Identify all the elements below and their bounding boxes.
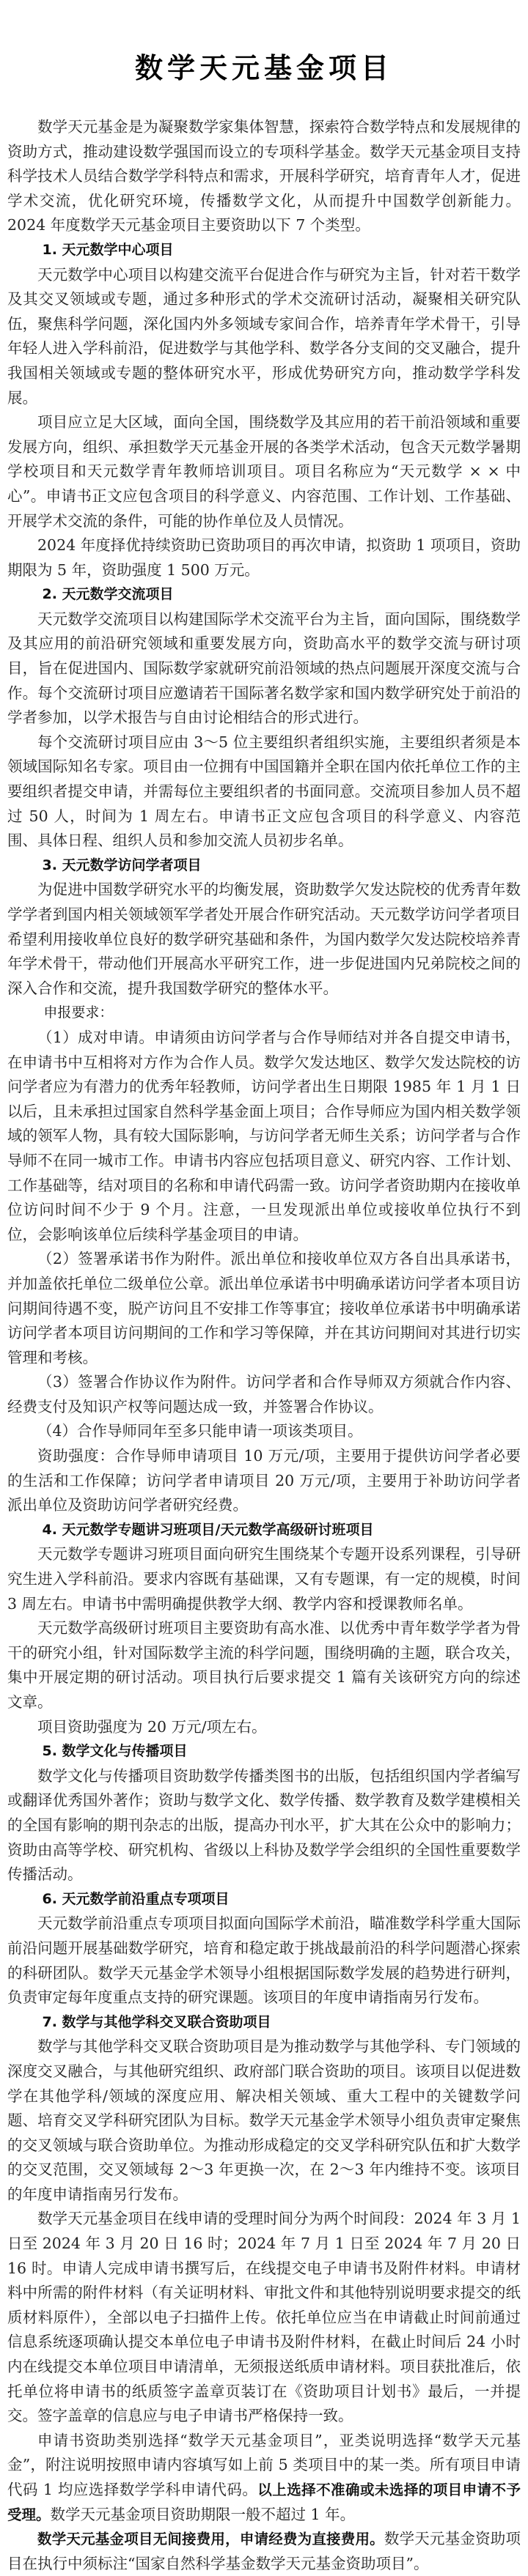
section-heading: 2. 天元数学交流项目: [7, 582, 521, 607]
section-heading: 1. 天元数学中心项目: [7, 238, 521, 263]
section-heading: 4. 天元数学专题讲习班项目/天元数学高级研讨班项目: [7, 1518, 521, 1543]
section-heading: 7. 数学与其他学科交叉联合资助项目: [7, 2010, 521, 2035]
section-paragraph: 数学与其他学科交叉联合资助项目是为推动数学与其他学科、专门领域的深度交叉融合，与…: [7, 2035, 521, 2207]
section-paragraph: 天元数学前沿重点专项项目拟面向国际学术前沿，瞄准数学科学重大国际前沿问题开展基础…: [7, 1911, 521, 2010]
application-period-paragraph: 数学天元基金项目在线申请的受理时间分为两个时间段：2024 年 3 月 1 日至…: [7, 2207, 521, 2428]
section-heading: 5. 数学文化与传播项目: [7, 1739, 521, 1764]
section-paragraph: 天元数学高级研讨班项目主要资助有高水准、以优秀中青年数学学者为骨干的研究小组，针…: [7, 1616, 521, 1714]
section-paragraph: 天元数学交流项目以构建国际学术交流平台为主旨，面向国际，围绕数学及其应用的前沿研…: [7, 607, 521, 730]
category-selection-paragraph: 申请书资助类别选择“数学天元基金项目”，亚类说明选择“数学天元基金”，附注说明按…: [7, 2429, 521, 2527]
section-paragraph: 每个交流研讨项目应由 3～5 位主要组织者组织实施，主要组织者须是本领域国际知名…: [7, 730, 521, 854]
section-tianyuan-exchange: 2. 天元数学交流项目 天元数学交流项目以构建国际学术交流平台为主旨，面向国际，…: [7, 582, 521, 854]
section-tianyuan-visiting-scholar: 3. 天元数学访问学者项目 为促进中国数学研究水平的均衡发展，资助数学欠发达院校…: [7, 854, 521, 1518]
requirements-label: 申报要求：: [7, 1001, 521, 1026]
document-page: 数学天元基金项目 数学天元基金是为凝聚数学家集体智慧，探索符合数学特点和发展规律…: [0, 0, 528, 2576]
section-paragraph: 为促进中国数学研究水平的均衡发展，资助数学欠发达院校的优秀青年数学学者到国内相关…: [7, 878, 521, 1001]
section-paragraph: 项目应立足大区域，面向全国，围绕数学及其应用的若干前沿领域和重要发展方向，组织、…: [7, 410, 521, 533]
section-heading: 6. 天元数学前沿重点专项项目: [7, 1887, 521, 1912]
section-paragraph: 项目资助强度为 20 万元/项左右。: [7, 1715, 521, 1740]
section-interdisciplinary: 7. 数学与其他学科交叉联合资助项目 数学与其他学科交叉联合资助项目是为推动数学…: [7, 2010, 521, 2207]
intro-paragraph: 数学天元基金是为凝聚数学家集体智慧，探索符合数学特点和发展规律的资助方式，推动建…: [7, 115, 521, 238]
direct-cost-notice: 数学天元基金项目无间接费用，申请经费为直接费用。: [37, 2531, 384, 2547]
funding-note-paragraph: 数学天元基金项目无间接费用，申请经费为直接费用。数学天元基金资助项目在执行中须标…: [7, 2527, 521, 2576]
section-tianyuan-workshop: 4. 天元数学专题讲习班项目/天元数学高级研讨班项目 天元数学专题讲习班项目面向…: [7, 1518, 521, 1739]
requirement-item: （2）签署承诺书作为附件。派出单位和接收单位双方各自出具承诺书，并加盖依托单位二…: [7, 1247, 521, 1370]
document-title: 数学天元基金项目: [7, 45, 521, 86]
requirement-item: （1）成对申请。申请须由访问学者与合作导师结对并各自提交申请书，在申请书中互相将…: [7, 1026, 521, 1247]
section-math-culture: 5. 数学文化与传播项目 数学文化与传播项目资助数学传播类图书的出版，包括组织国…: [7, 1739, 521, 1887]
section-paragraph: 天元数学专题讲习班项目面向研究生围绕某个专题开设系列课程，引导研究生进入学科前沿…: [7, 1542, 521, 1616]
section-heading: 3. 天元数学访问学者项目: [7, 854, 521, 878]
section-tianyuan-center: 1. 天元数学中心项目 天元数学中心项目以构建交流平台促进合作与研究为主旨，针对…: [7, 238, 521, 582]
section-paragraph: 数学文化与传播项目资助数学传播类图书的出版，包括组织国内学者编写或翻译优秀国外著…: [7, 1764, 521, 1887]
duration-text: 数学天元基金项目资助期限一般不超过 1 年。: [51, 2506, 356, 2523]
requirement-item: （4）合作导师同年至多只能申请一项该类项目。: [7, 1419, 521, 1444]
section-paragraph: 2024 年度择优持续资助已资助项目的再次申请，拟资助 1 项项目，资助期限为 …: [7, 533, 521, 582]
section-paragraph: 天元数学中心项目以构建交流平台促进合作与研究为主旨，针对若干数学及其交叉领域或专…: [7, 263, 521, 411]
funding-intensity: 资助强度：合作导师申请项目 10 万元/项，主要用于提供访问学者必要的生活和工作…: [7, 1444, 521, 1518]
section-frontier-key-project: 6. 天元数学前沿重点专项项目 天元数学前沿重点专项项目拟面向国际学术前沿，瞄准…: [7, 1887, 521, 2010]
requirement-item: （3）签署合作协议作为附件。访问学者和合作导师双方须就合作内容、经费支付及知识产…: [7, 1370, 521, 1419]
